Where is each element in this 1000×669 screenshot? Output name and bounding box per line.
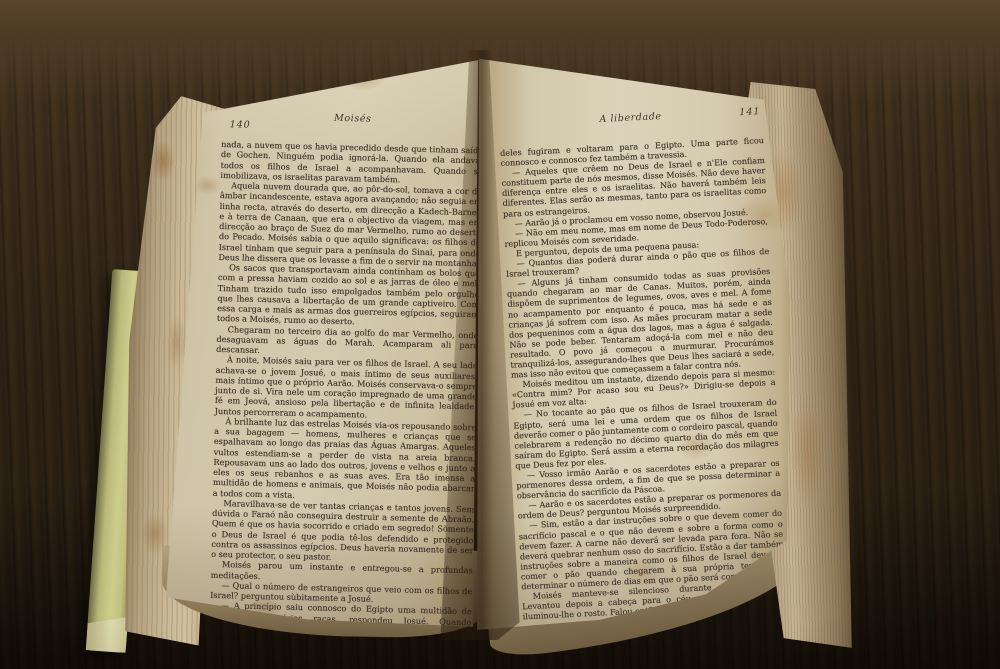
right-page-text: deles fugiram e voltaram para o Egipto. … (500, 135, 787, 622)
paragraph: nada, a nuvem que os havia precedido des… (220, 139, 483, 186)
left-page-number: 140 (230, 119, 251, 131)
left-page-content: 140 Moisés nada, a nuvem que os havia pr… (209, 110, 484, 647)
paragraph: À noite, Moisés saiu para ver os filhos … (215, 354, 478, 422)
right-running-title: A liberdade (498, 106, 762, 130)
paragraph: Aquela nuvem dourada que, ao pôr-do-sol,… (218, 180, 482, 268)
right-page: 141 A liberdade deles fugiram e voltaram… (468, 48, 803, 643)
paragraph: Maravilhava-se de ver tantas crianças e … (211, 498, 474, 566)
left-running-title: Moisés (222, 110, 484, 127)
right-page-content: 141 A liberdade deles fugiram e voltaram… (498, 97, 787, 622)
left-page-header: 140 Moisés (221, 110, 484, 140)
paragraph: — Alguns já tinham consumido todas as su… (506, 266, 775, 380)
paragraph: Os sacos que transportavam ainda continh… (217, 262, 480, 330)
photo-of-open-book: 140 Moisés nada, a nuvem que os havia pr… (0, 0, 1000, 669)
right-page-number: 141 (739, 106, 761, 118)
left-page-text: nada, a nuvem que os havia precedido des… (209, 139, 483, 648)
left-page: 140 Moisés nada, a nuvem que os havia pr… (158, 52, 488, 632)
paragraph: À brilhante luz das estrelas Moisés via-… (213, 416, 477, 504)
